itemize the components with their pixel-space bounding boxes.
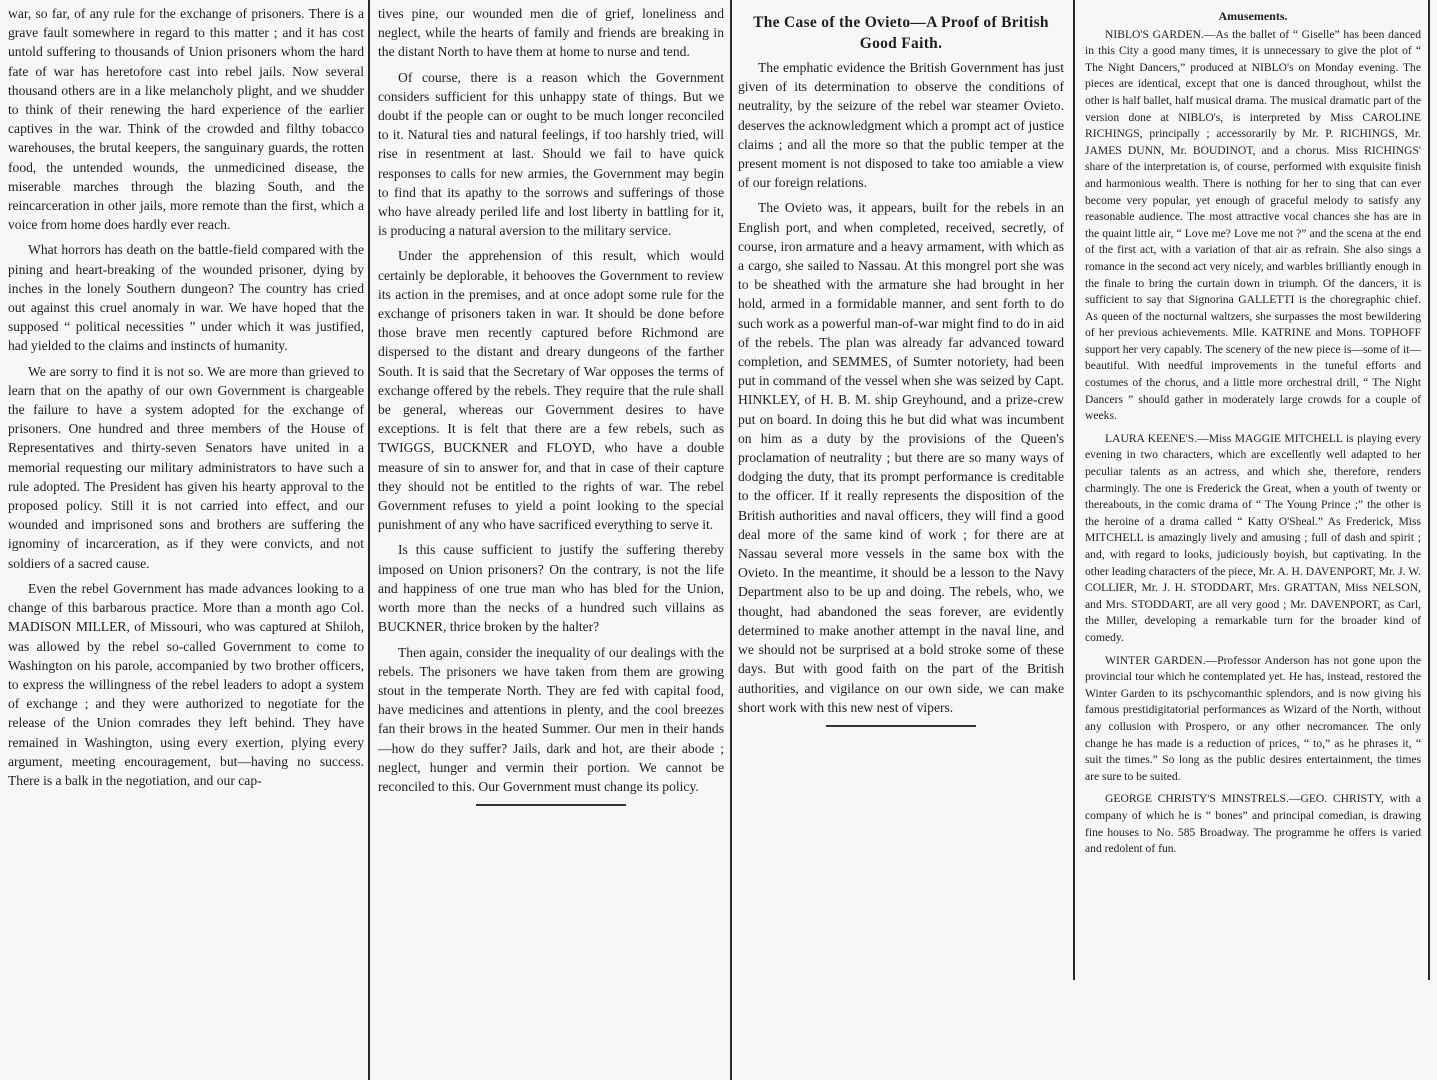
editorial-column-1: war, so far, of any rule for the exchang… bbox=[8, 0, 364, 796]
paragraph: The Ovieto was, it appears, built for th… bbox=[738, 198, 1064, 716]
paragraph: Even the rebel Government has made advan… bbox=[8, 579, 364, 790]
article-headline: The Case of the Ovieto—A Proof of Britis… bbox=[738, 12, 1064, 54]
amusement-item: NIBLO'S GARDEN.—As the ballet of “ Gisel… bbox=[1085, 27, 1421, 425]
editorial-column-2: tives pine, our wounded men die of grief… bbox=[378, 0, 724, 806]
paragraph: Of course, there is a reason which the G… bbox=[378, 68, 724, 241]
venue-name: NIBLO'S GARDEN. bbox=[1105, 28, 1204, 41]
column-rule-1 bbox=[368, 0, 370, 1080]
amusement-item: GEORGE CHRISTY'S MINSTRELS.—GEO. CHRISTY… bbox=[1085, 791, 1421, 857]
paragraph: war, so far, of any rule for the exchang… bbox=[8, 4, 364, 234]
item-text: —Professor Anderson has not gone upon th… bbox=[1085, 654, 1421, 783]
column-rule-2 bbox=[730, 0, 732, 1080]
paragraph: Under the apprehension of this result, w… bbox=[378, 246, 724, 534]
venue-name: WINTER GARDEN. bbox=[1105, 654, 1206, 667]
article-end-rule bbox=[826, 725, 976, 727]
article-end-rule bbox=[476, 804, 626, 806]
amusement-item: WINTER GARDEN.—Professor Anderson has no… bbox=[1085, 653, 1421, 786]
paragraph: Is this cause sufficient to justify the … bbox=[378, 540, 724, 636]
paragraph: What horrors has death on the battle-fie… bbox=[8, 240, 364, 355]
amusement-item: LAURA KEENE'S.—Miss MAGGIE MITCHELL is p… bbox=[1085, 431, 1421, 647]
item-text: —Miss MAGGIE MITCHELL is playing every e… bbox=[1085, 432, 1421, 644]
amusements-column: Amusements. NIBLO'S GARDEN.—As the balle… bbox=[1085, 0, 1421, 864]
venue-name: LAURA KEENE'S. bbox=[1105, 432, 1197, 445]
ovieto-article: The Case of the Ovieto—A Proof of Britis… bbox=[738, 0, 1064, 727]
column-rule-4 bbox=[1428, 0, 1430, 980]
venue-name: GEORGE CHRISTY'S MINSTRELS. bbox=[1105, 792, 1289, 805]
column-rule-3 bbox=[1073, 0, 1075, 980]
section-title: Amusements. bbox=[1085, 8, 1421, 25]
paragraph: tives pine, our wounded men die of grief… bbox=[378, 4, 724, 62]
item-text: —As the ballet of “ Giselle” has been da… bbox=[1085, 28, 1421, 423]
paragraph: We are sorry to find it is not so. We ar… bbox=[8, 362, 364, 573]
paragraph: Then again, consider the inequality of o… bbox=[378, 643, 724, 797]
paragraph: The emphatic evidence the British Govern… bbox=[738, 58, 1064, 192]
